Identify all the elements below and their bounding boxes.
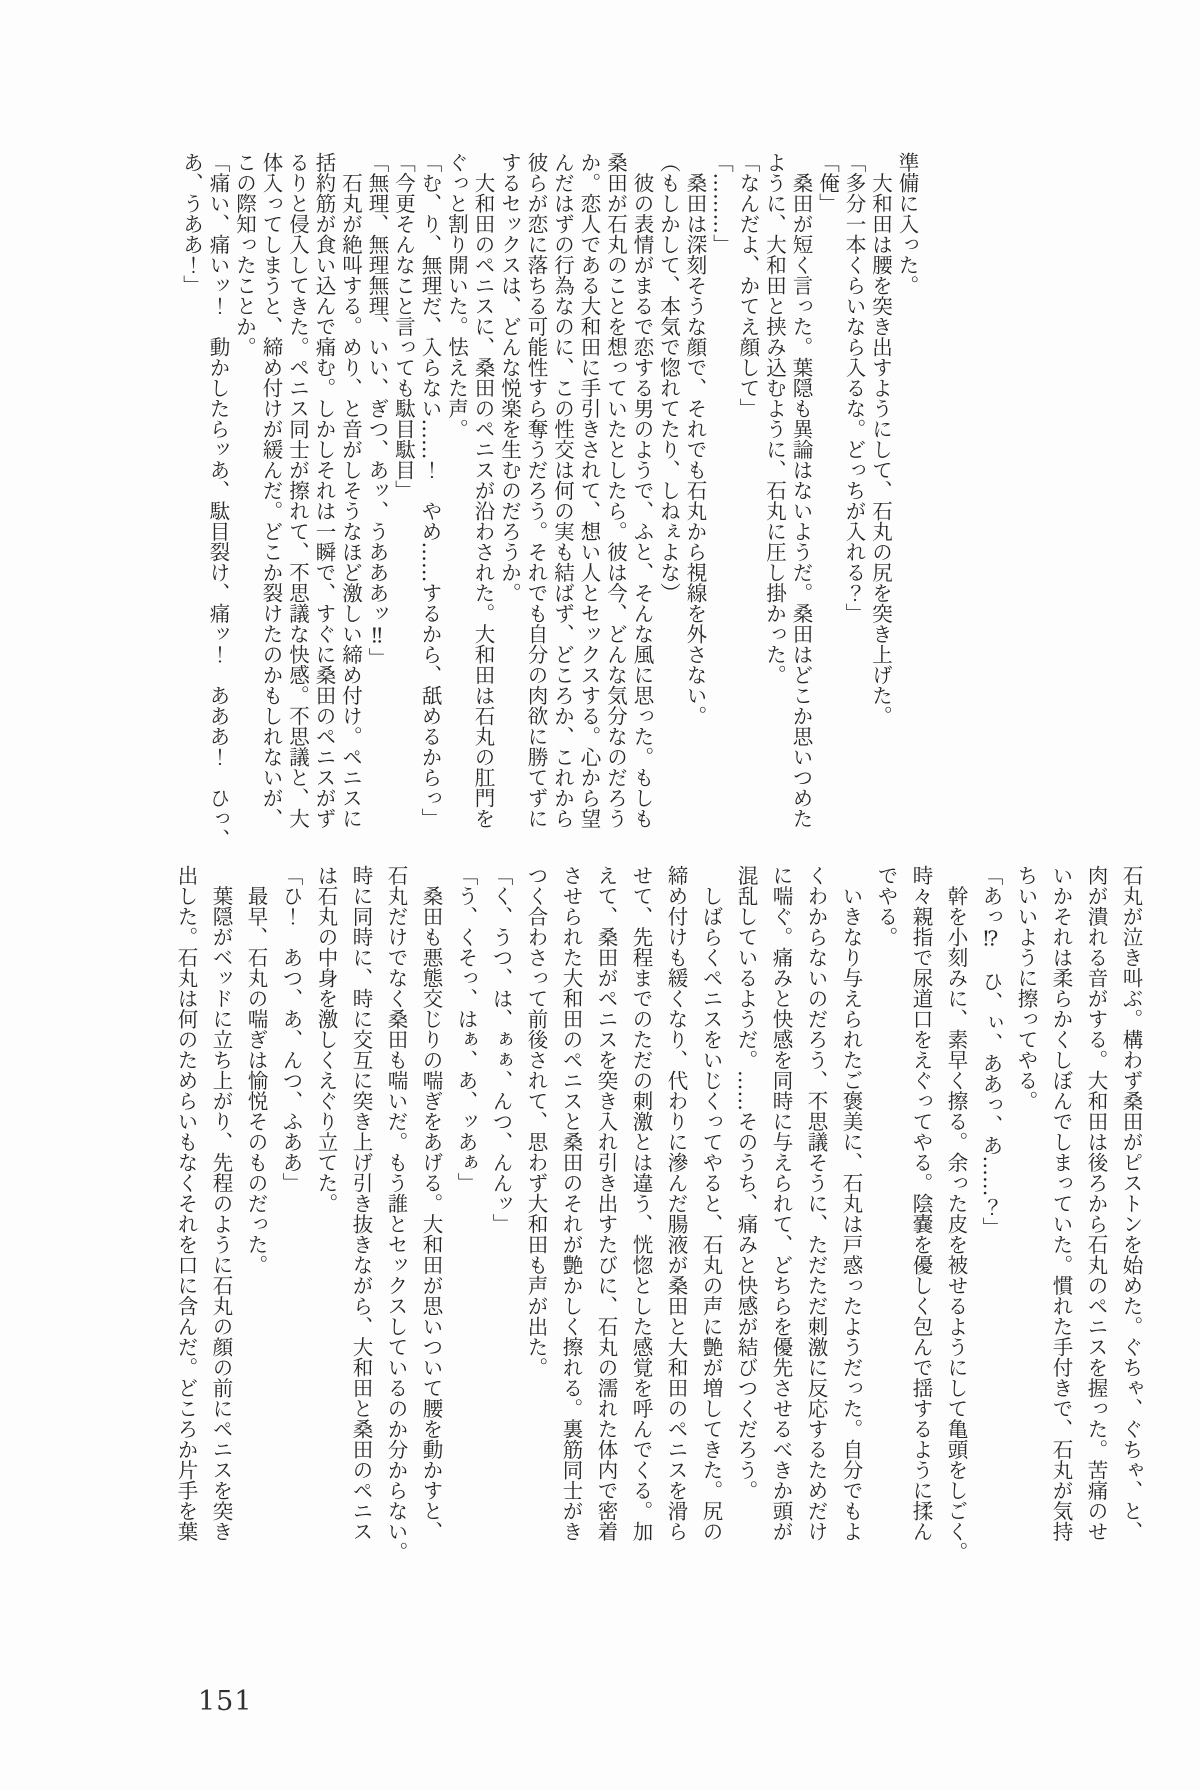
text-column: 「無理、無理無理、いい、ぎつ、あッ、うあああッ‼」: [364, 152, 391, 854]
text-column: あ、うああ！」: [178, 152, 205, 854]
text-column: ちいいように擦ってやる。: [1008, 865, 1043, 1567]
page-number: 151: [198, 1686, 253, 1717]
text-column: するセックスは、どんな悦楽を生むのだろうか。: [496, 152, 523, 854]
text-column: 体入ってしまうと、締め付けが緩んだ。どこか裂けたのかもしれないが、: [258, 152, 285, 854]
text-column: 石丸が泣き叫ぶ。構わず桑田がピストンを始めた。ぐちゃ、ぐちゃ、と、: [1113, 865, 1148, 1567]
text-column: ように、大和田と挟み込むように、石丸に圧し掛かった。: [761, 152, 788, 854]
text-column: いきなり与えられたご褒美に、石丸は戸惑ったようだった。自分でもよ: [833, 865, 868, 1567]
text-column: 幹を小刻みに、素早く擦る。余った皮を被せるようにして亀頭をしごく。: [938, 865, 973, 1567]
text-column: 桑田は深刻そうな顔で、それでも石丸から視線を外さない。: [682, 152, 709, 854]
text-column: 大和田のペニスに、桑田のペニスが沿わされた。大和田は石丸の肛門を: [470, 152, 497, 854]
text-column: 彼らが恋に落ちる可能性すら奪うだろう。それでも自分の肉欲に勝てずに: [523, 152, 550, 854]
text-column: 最早、石丸の喘ぎは愉悦そのものだった。: [238, 865, 273, 1567]
text-column: 大和田は腰を突き出すようにして、石丸の尻を突き上げた。: [867, 152, 894, 854]
text-block-top: 準備に入った。 大和田は腰を突き出すようにして、石丸の尻を突き上げた。「多分一本…: [176, 152, 920, 854]
text-column: は石丸の中身を激しくえぐり立てた。: [308, 865, 343, 1567]
text-column: 時々親指で尿道口をえぐってやる。陰嚢を優しく包んで揺するように揉ん: [903, 865, 938, 1567]
text-column: に喘ぐ。痛みと快感を同時に与えられて、どちらを優先させるべきか頭が: [763, 865, 798, 1567]
text-column: 桑田が短く言った。葉隠も異論はないようだ。桑田はどこか思いつめた: [788, 152, 815, 854]
scanned-novel-page: 準備に入った。 大和田は腰を突き出すようにして、石丸の尻を突き上げた。「多分一本…: [0, 0, 1200, 1790]
text-column: ぐっと割り開いた。怯えた声。: [443, 152, 470, 854]
text-column: 時に同時に、時に交互に突き上げ引き抜きながら、大和田と桑田のペニス: [343, 865, 378, 1567]
text-column: 「あっ⁉ ひ、ぃ、ああっ、あ……？」: [973, 865, 1008, 1567]
text-column: 「く、うつ、は、ぁぁ、んつ、んんッ」: [483, 865, 518, 1567]
text-column: つく合わさって前後されて、思わず大和田も声が出た。: [518, 865, 553, 1567]
text-column: いかそれは柔らかくしぼんでしまっていた。慣れた手付きで、石丸が気持: [1043, 865, 1078, 1567]
text-column: せて、先程までのただの刺激とは違う、恍惚とした感覚を呼んでくる。加: [623, 865, 658, 1567]
text-column: でやる。: [868, 865, 903, 1567]
text-column: （もしかして、本気で惚れてたり、しねぇよな）: [655, 152, 682, 854]
text-column: 括約筋が食い込んで痛む。しかしそれは一瞬で、すぐに桑田のペニスがず: [311, 152, 338, 854]
text-column: 「う、くそっ、はぁ、あ、ッあぁ」: [448, 865, 483, 1567]
text-column: 桑田も悪態交じりの喘ぎをあげる。大和田が思いついて腰を動かすと、: [413, 865, 448, 1567]
text-column: 「今更そんなこと言っても駄目駄目」: [390, 152, 417, 854]
text-column: 「痛い、痛いッ！ 動かしたらッあ、駄目裂け、痛ッ！ あああ！ ひっ、: [205, 152, 232, 854]
text-column: 準備に入った。: [894, 152, 921, 854]
text-column: るりと侵入してきた。ペニス同士が擦れて、不思議な快感。不思議と、大: [284, 152, 311, 854]
text-column: 「俺」: [814, 152, 841, 854]
text-column: えて、桑田がペニスを突き入れ引き出すたびに、石丸の濡れた体内で密着: [588, 865, 623, 1567]
text-column: くわからないのだろう、不思議そうに、ただただ刺激に反応するためだけ: [798, 865, 833, 1567]
text-column: 彼の表情がまるで恋する男のようで、ふと、そんな風に思った。もしも: [629, 152, 656, 854]
text-column: 肉が潰れる音がする。大和田は後ろから石丸のペニスを握った。苦痛のせ: [1078, 865, 1113, 1567]
text-column: 「ひ！ あつ、あ、んつ、ふああ」: [273, 865, 308, 1567]
text-column: この際知ったことか。: [231, 152, 258, 854]
text-block-bottom: 石丸が泣き叫ぶ。構わず桑田がピストンを始めた。ぐちゃ、ぐちゃ、と、肉が潰れる音が…: [166, 865, 1148, 1567]
text-column: んだはずの行為なのに、この性交は何の実も結ばず、どころか、これから: [549, 152, 576, 854]
text-column: か。恋人である大和田に手引きされて、想い人とセックスする。心から望: [576, 152, 603, 854]
text-column: 石丸が絶叫する。めり、と音がしそうなほど激しい締め付け。ペニスに: [337, 152, 364, 854]
text-column: 「む、り、無理だ、入らない……！ やめ……するから、舐めるからっ」: [417, 152, 444, 854]
text-column: 締め付けも緩くなり、代わりに滲んだ腸液が桑田と大和田のペニスを滑ら: [658, 865, 693, 1567]
text-column: 桑田が石丸のことを想っていたとしたら。彼は今、どんな気分なのだろう: [602, 152, 629, 854]
text-column: 「多分一本くらいなら入るな。どっちが入れる？」: [841, 152, 868, 854]
text-column: しばらくペニスをいじくってやると、石丸の声に艶が増してきた。尻の: [693, 865, 728, 1567]
text-column: 「………」: [708, 152, 735, 854]
text-column: 「なんだよ、かてえ顔して」: [735, 152, 762, 854]
text-column: 葉隠がベッドに立ち上がり、先程のように石丸の顔の前にペニスを突き: [203, 865, 238, 1567]
text-column: 出した。石丸は何のためらいもなくそれを口に含んだ。どころか片手を葉: [168, 865, 203, 1567]
text-column: 混乱しているようだ。……そのうち、痛みと快感が結びつくだろう。: [728, 865, 763, 1567]
text-column: させられた大和田のペニスと桑田のそれが艶かしく擦れる。裏筋同士がき: [553, 865, 588, 1567]
text-column: 石丸だけでなく桑田も喘いだ。もう誰とセックスしているのか分からない。: [378, 865, 413, 1567]
